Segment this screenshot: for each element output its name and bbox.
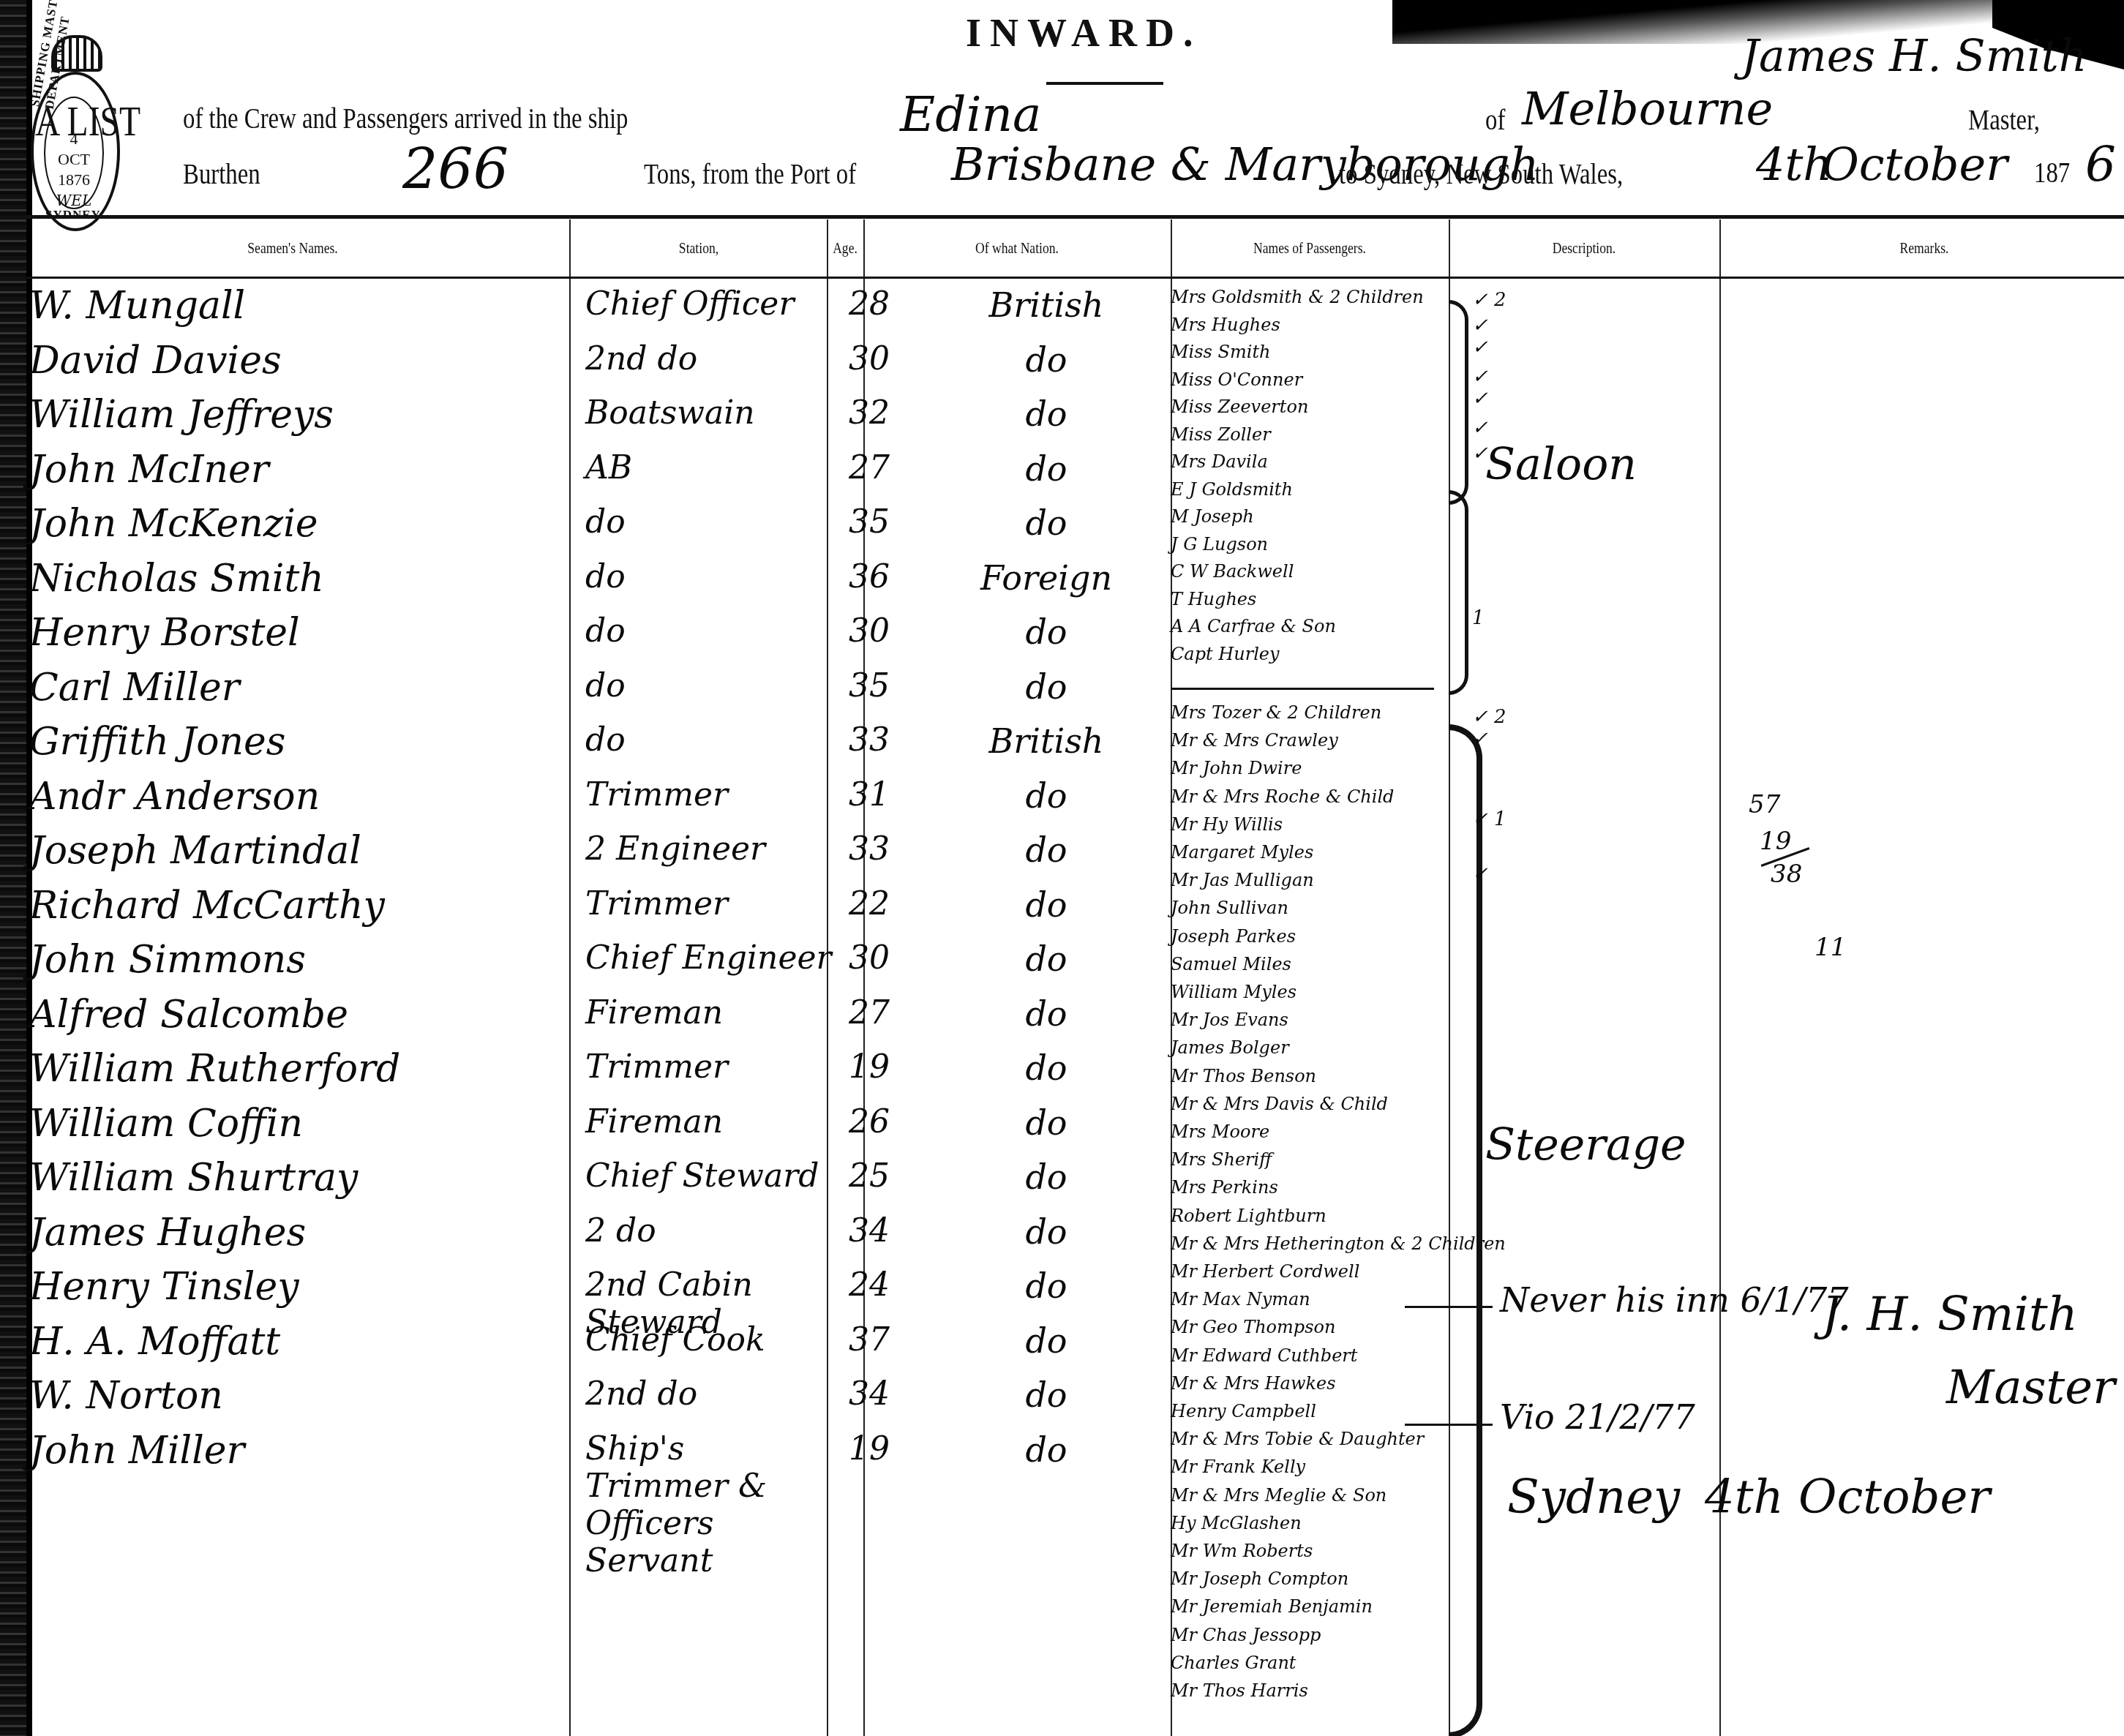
crew-name: William Coffin [29, 1102, 571, 1146]
crew-row: Henry Borsteldo30do [29, 611, 1156, 660]
saloon-passenger: Capt Hurley [1171, 644, 1449, 664]
crew-age: 33 [849, 830, 907, 868]
steerage-passenger: Mrs Tozer & 2 Children [1171, 702, 1449, 723]
crew-age: 32 [849, 394, 907, 432]
crew-age: 27 [849, 449, 907, 486]
crew-nation: do [937, 503, 1156, 543]
steerage-passenger: Mrs Moore [1171, 1121, 1449, 1142]
crew-nation: do [937, 1321, 1156, 1361]
saloon-passenger: Mrs Hughes [1171, 315, 1449, 335]
steerage-passenger: Mrs Sheriff [1171, 1149, 1449, 1170]
steerage-passenger: Robert Lightburn [1171, 1206, 1449, 1226]
saloon-passenger: Miss Zoller [1171, 424, 1449, 445]
crew-age: 22 [849, 885, 907, 923]
tally-mark: ✓ [1472, 443, 1488, 465]
arrival-month: October [1822, 138, 2008, 191]
crew-name: Richard McCarthy [29, 884, 571, 928]
steerage-passenger: Mr & Mrs Hawkes [1171, 1373, 1449, 1394]
crew-name: Andr Anderson [29, 775, 571, 819]
crew-age: 36 [849, 558, 907, 595]
crew-row: W. Norton2nd do34do [29, 1374, 1156, 1423]
crew-station: do [585, 721, 834, 759]
title-underline [1046, 82, 1163, 85]
crew-row: William JeffreysBoatswain32do [29, 393, 1156, 442]
crew-nation: do [937, 612, 1156, 652]
master-name: James H. Smith [1741, 31, 2087, 82]
crew-row: Andr AndersonTrimmer31do [29, 775, 1156, 824]
steerage-passenger: Mr Chas Jessopp [1171, 1625, 1449, 1645]
crew-name: Griffith Jones [29, 720, 571, 764]
steerage-passenger: James Bolger [1171, 1037, 1449, 1058]
steerage-passenger: Mr Herbert Cordwell [1171, 1261, 1449, 1282]
stamp-initials: WEL [56, 190, 92, 211]
saloon-brace-lower [1449, 490, 1468, 695]
crew-row: W. MungallChief Officer28British [29, 284, 1156, 333]
col-remarks: Remarks. [1766, 238, 2082, 258]
tally-mark: 1 [1472, 607, 1485, 629]
steerage-passenger: Mr Joseph Compton [1171, 1568, 1449, 1589]
crew-row: Carl Millerdo35do [29, 666, 1156, 715]
remark-place: Sydney [1507, 1470, 1680, 1525]
crew-station: AB [585, 449, 834, 486]
crew-station: Chief Officer [585, 285, 834, 323]
crew-age: 34 [849, 1212, 907, 1250]
crew-age: 33 [849, 721, 907, 759]
steerage-passenger: Charles Grant [1171, 1653, 1449, 1673]
crew-name: W. Norton [29, 1374, 571, 1418]
crew-age: 27 [849, 994, 907, 1032]
crew-nation: do [937, 830, 1156, 870]
tally-mark: ✓ [1472, 863, 1488, 885]
steerage-passenger: Hy McGlashen [1171, 1513, 1449, 1533]
steerage-passenger: Mr Geo Thompson [1171, 1317, 1449, 1337]
remark-tally-top: 57 [1749, 790, 1780, 819]
crew-row: John McKenziedo35do [29, 502, 1156, 551]
steerage-passenger: Mr Edward Cuthbert [1171, 1345, 1449, 1366]
steerage-passenger: Mr Jos Evans [1171, 1010, 1449, 1030]
crew-row: H. A. MoffattChief Cook37do [29, 1320, 1156, 1369]
remark-signature: J. H. Smith [1822, 1288, 2078, 1342]
crew-age: 30 [849, 612, 907, 650]
saloon-passenger: Mrs Davila [1171, 451, 1449, 472]
crew-row: Griffith Jonesdo33British [29, 720, 1156, 769]
crew-age: 19 [849, 1048, 907, 1086]
crew-nation: do [937, 1430, 1156, 1470]
remark-note-2: Vio 21/2/77 [1500, 1397, 1695, 1437]
remark-tally-extra: 11 [1815, 933, 1846, 962]
crew-station: Fireman [585, 1103, 834, 1141]
crew-station: 2nd do [585, 1375, 834, 1413]
crew-nation: do [937, 939, 1156, 979]
col-station: Station, [608, 238, 789, 258]
steerage-passenger: Mr Jas Mulligan [1171, 870, 1449, 890]
steerage-passenger: Mr & Mrs Davis & Child [1171, 1094, 1449, 1114]
crew-row: Richard McCarthyTrimmer22do [29, 884, 1156, 933]
saloon-passenger: Miss O'Conner [1171, 369, 1449, 390]
crew-station: 2 Engineer [585, 830, 834, 868]
steerage-passenger: Mr & Mrs Crawley [1171, 730, 1449, 751]
tally-mark: ✓ [1472, 728, 1488, 750]
steerage-passenger: William Myles [1171, 982, 1449, 1002]
crew-row: John SimmonsChief Engineer30do [29, 938, 1156, 987]
crew-station: Ship's Trimmer & Officers Servant [585, 1430, 834, 1579]
steerage-passenger: Mrs Perkins [1171, 1177, 1449, 1198]
crew-name: H. A. Moffatt [29, 1320, 571, 1364]
crew-nation: do [937, 776, 1156, 816]
crew-station: do [585, 558, 834, 595]
burthen-label: Burthen [183, 157, 260, 191]
crew-station: Trimmer [585, 776, 834, 813]
crew-nation: do [937, 1048, 1156, 1088]
col-age: Age. [830, 238, 860, 258]
crew-row: William ShurtrayChief Steward25do [29, 1156, 1156, 1205]
year-prefix: 187 [2034, 155, 2070, 189]
saloon-steerage-divider [1171, 688, 1434, 690]
crew-row: Joseph Martindal2 Engineer33do [29, 829, 1156, 878]
header-bottom-rule [26, 277, 2124, 279]
destination-label: to Sydney, New South Wales, [1339, 157, 1623, 191]
steerage-passenger: Mr Thos Benson [1171, 1066, 1449, 1086]
saloon-class-label: Saloon [1485, 439, 1637, 490]
steerage-passenger: Mr & Mrs Hetherington & 2 Children [1171, 1233, 1449, 1254]
crew-station: Chief Engineer [585, 939, 834, 977]
tons-from-label: Tons, from the Port of [644, 157, 856, 191]
tally-mark: ✓ [1472, 315, 1488, 337]
crew-nation: British [937, 721, 1156, 761]
form-title: INWARD. [966, 10, 1202, 56]
crew-age: 35 [849, 667, 907, 704]
crew-age: 30 [849, 340, 907, 377]
crew-age: 31 [849, 776, 907, 813]
crew-row: Henry Tinsley2nd Cabin Steward24do [29, 1265, 1156, 1314]
tally-mark: ✓ 2 [1472, 289, 1506, 311]
crew-nation: do [937, 1266, 1156, 1306]
crew-station: Trimmer [585, 885, 834, 923]
col-passengers: Names of Passengers. [1204, 238, 1415, 258]
col-description: Description. [1482, 238, 1686, 258]
crew-name: Alfred Salcombe [29, 993, 571, 1037]
steerage-passenger: Mr Jeremiah Benjamin [1171, 1596, 1449, 1617]
crew-nation: do [937, 394, 1156, 434]
crew-station: 2nd do [585, 340, 834, 377]
page-binding-edge [0, 0, 32, 1736]
saloon-passenger: E J Goldsmith [1171, 479, 1449, 500]
ship-name: Edina [900, 86, 1041, 143]
crew-nation: British [937, 285, 1156, 325]
steerage-passenger: Mr & Mrs Tobie & Daughter [1171, 1429, 1449, 1449]
tally-mark: ✓ 1 [1472, 808, 1506, 830]
crew-age: 30 [849, 939, 907, 977]
crew-nation: do [937, 667, 1156, 707]
year-suffix: 6 [2085, 136, 2116, 192]
crew-nation: do [937, 1212, 1156, 1252]
crew-age: 24 [849, 1266, 907, 1304]
steerage-passenger: Margaret Myles [1171, 842, 1449, 863]
master-label: Master, [1968, 102, 2040, 137]
steerage-passenger: Mr Frank Kelly [1171, 1457, 1449, 1477]
crew-name: John Simmons [29, 938, 571, 982]
home-port: Melbourne [1522, 82, 1773, 135]
crew-name: John Miller [29, 1429, 571, 1473]
crew-name: Carl Miller [29, 666, 571, 710]
crew-name: Nicholas Smith [29, 557, 571, 601]
list-heading: A LIST [35, 97, 140, 146]
crew-station: do [585, 503, 834, 541]
steerage-passenger: John Sullivan [1171, 898, 1449, 918]
crew-row: John McInerAB27do [29, 448, 1156, 497]
stamp-year: 1876 [56, 170, 92, 190]
saloon-passenger: Miss Zeeverton [1171, 397, 1449, 417]
crew-nation: do [937, 1375, 1156, 1415]
col-seamen-names: Seamen's Names. [176, 238, 410, 258]
crew-name: William Rutherford [29, 1047, 571, 1091]
crew-name: Henry Tinsley [29, 1265, 571, 1309]
saloon-passenger: C W Backwell [1171, 561, 1449, 582]
crew-row: Alfred SalcombeFireman27do [29, 993, 1156, 1042]
crew-name: William Shurtray [29, 1156, 571, 1200]
crew-row: William RutherfordTrimmer19do [29, 1047, 1156, 1096]
crew-station: 2 do [585, 1212, 834, 1250]
stamp-month: OCT [56, 149, 92, 170]
burthen-tons: 266 [402, 136, 509, 201]
crew-row: John MillerShip's Trimmer & Officers Ser… [29, 1429, 1156, 1478]
tally-mark: ✓ 2 [1472, 706, 1506, 728]
crew-age: 35 [849, 503, 907, 541]
remark-pointer-line-1 [1405, 1306, 1493, 1308]
saloon-passenger: T Hughes [1171, 589, 1449, 609]
tally-mark: ✓ [1472, 366, 1488, 388]
remark-pointer-line-2 [1405, 1424, 1493, 1426]
crew-station: Fireman [585, 994, 834, 1032]
crew-station: Boatswain [585, 394, 834, 432]
remark-tally-mid: 19 [1760, 827, 1791, 856]
steerage-class-label: Steerage [1485, 1119, 1686, 1171]
crew-row: David Davies2nd do30do [29, 339, 1156, 388]
saloon-brace [1449, 300, 1468, 505]
crew-name: John McIner [29, 448, 571, 492]
tally-mark: ✓ [1472, 388, 1488, 410]
saloon-passenger: Mrs Goldsmith & 2 Children [1171, 287, 1449, 307]
crew-nation: do [937, 1103, 1156, 1143]
crew-nation: do [937, 340, 1156, 380]
steerage-passenger: Joseph Parkes [1171, 926, 1449, 947]
crew-age: 37 [849, 1321, 907, 1359]
divider-passengers [1171, 219, 1172, 1736]
remark-tally-bottom: 38 [1771, 860, 1802, 889]
crew-nation: Foreign [937, 558, 1156, 598]
crew-name: W. Mungall [29, 284, 571, 328]
remark-note-1: Never his inn 6/1/77 [1500, 1280, 1849, 1320]
crew-age: 19 [849, 1430, 907, 1468]
steerage-passenger: Henry Campbell [1171, 1401, 1449, 1421]
crew-nation: do [937, 885, 1156, 925]
steerage-passenger: Mr John Dwire [1171, 758, 1449, 778]
saloon-passenger: A A Carfrae & Son [1171, 616, 1449, 636]
crew-station: do [585, 612, 834, 650]
crew-row: Nicholas Smithdo36Foreign [29, 557, 1156, 606]
crew-nation: do [937, 449, 1156, 489]
saloon-passenger: M Joseph [1171, 506, 1449, 527]
of-label: of [1485, 102, 1505, 137]
steerage-passenger: Mr Wm Roberts [1171, 1541, 1449, 1561]
crew-age: 28 [849, 285, 907, 323]
crew-age: 25 [849, 1157, 907, 1195]
crew-name: William Jeffreys [29, 393, 571, 437]
list-intro-text: of the Crew and Passengers arrived in th… [183, 101, 628, 135]
crew-name: Henry Borstel [29, 611, 571, 655]
crew-nation: do [937, 1157, 1156, 1197]
crew-age: 34 [849, 1375, 907, 1413]
saloon-passenger: Miss Smith [1171, 342, 1449, 362]
crew-nation: do [937, 994, 1156, 1034]
crew-name: Joseph Martindal [29, 829, 571, 873]
crew-station: Chief Cook [585, 1321, 834, 1359]
steerage-passenger: Mr Thos Harris [1171, 1680, 1449, 1701]
crew-name: David Davies [29, 339, 571, 383]
remark-sign-date: 4th October [1705, 1470, 1990, 1525]
arrival-day: 4th [1756, 138, 1832, 191]
saloon-passenger: J G Lugson [1171, 534, 1449, 555]
crew-station: Trimmer [585, 1048, 834, 1086]
remark-signature-title: Master [1946, 1361, 2115, 1415]
header-top-rule [26, 215, 2124, 219]
steerage-passenger: Mr Hy Willis [1171, 814, 1449, 835]
crew-station: do [585, 667, 834, 704]
crew-row: James Hughes2 do34do [29, 1211, 1156, 1260]
tally-mark: ✓ [1472, 417, 1488, 439]
tally-mark: ✓ [1472, 337, 1488, 358]
steerage-passenger: Samuel Miles [1171, 954, 1449, 974]
crew-age: 26 [849, 1103, 907, 1141]
col-nation: Of what Nation. [906, 238, 1128, 258]
crew-station: Chief Steward [585, 1157, 834, 1195]
steerage-passenger: Mr & Mrs Meglie & Son [1171, 1485, 1449, 1506]
steerage-passenger: Mr & Mrs Roche & Child [1171, 786, 1449, 807]
crew-name: John McKenzie [29, 502, 571, 546]
crew-row: William CoffinFireman26do [29, 1102, 1156, 1151]
crew-name: James Hughes [29, 1211, 571, 1255]
